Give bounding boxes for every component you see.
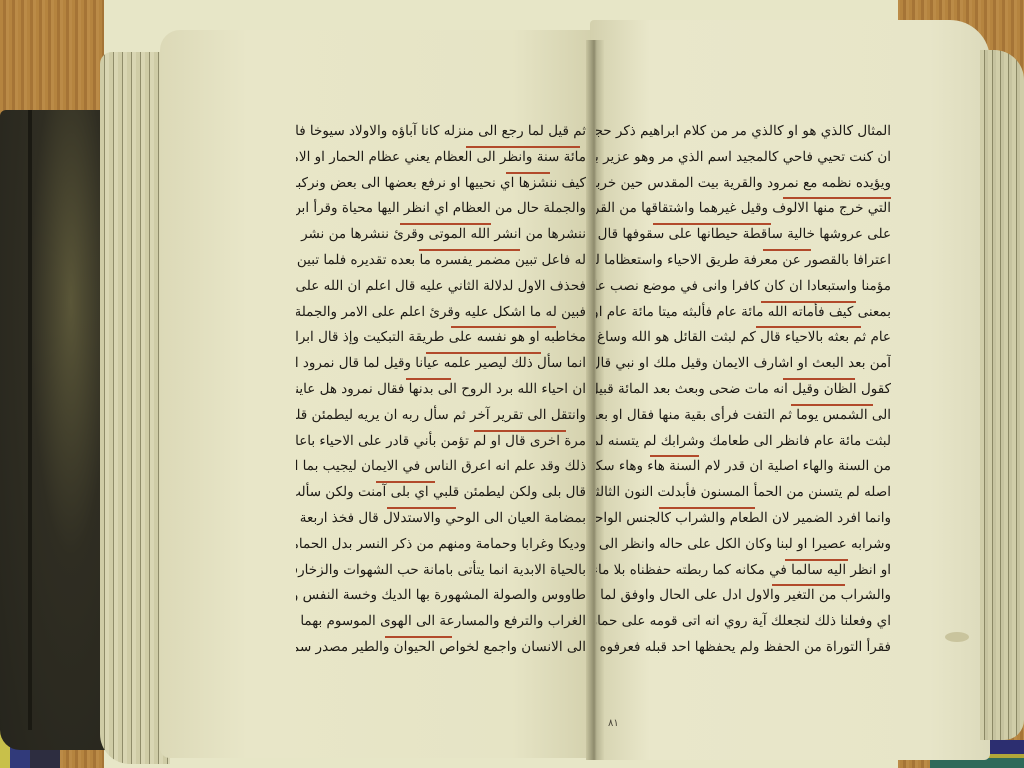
- manuscript-line: وانتقل الى تقرير آخر ثم سأل ربه ان يريه …: [296, 403, 586, 429]
- red-rubrication-overline: [400, 223, 491, 225]
- red-rubrication-overline: [650, 455, 699, 457]
- manuscript-line: وديكا وغرابا وحمامة ومنهم من ذكر النسر ب…: [296, 532, 586, 558]
- right-page-text: المثال كالذي هو او كالذي مر من كلام ابرا…: [596, 119, 891, 661]
- manuscript-line: والشراب من التغير والاول ادل على الحال و…: [596, 583, 891, 609]
- left-page-text: ثم قيل لما رجع الى منزله كانا آباؤه والا…: [296, 119, 586, 661]
- red-rubrication-overline: [772, 584, 845, 586]
- red-rubrication-overline: [376, 481, 435, 483]
- manuscript-line: اعترافا بالقصور عن معرفة طريق الاحياء وا…: [596, 248, 891, 274]
- manuscript-line: المثال كالذي هو او كالذي مر من كلام ابرا…: [596, 119, 891, 145]
- manuscript-line: من السنة والهاء اصلية ان قدر لام السنة ه…: [596, 454, 891, 480]
- red-rubrication-overline: [426, 352, 541, 354]
- manuscript-line: ننشرها من انشر الله الموتى وقرئ ننشرها م…: [296, 222, 586, 248]
- manuscript-line: وانما افرد الضمير لان الطعام والشراب كال…: [596, 506, 891, 532]
- paper-stain: [945, 632, 969, 642]
- red-rubrication-overline: [419, 249, 520, 251]
- manuscript-line: مؤمنا واستبعادا ان كان كافرا وانى في موض…: [596, 274, 891, 300]
- manuscript-line: لبثت مائة عام فانظر الى طعامك وشرابك لم …: [596, 429, 891, 455]
- folio-mark: ٨١: [608, 718, 619, 729]
- manuscript-line: له فاعل تبين مضمر يفسره ما بعده تقديره ف…: [296, 248, 586, 274]
- manuscript-line: طاووس والصولة المشهورة بها الديك وخسة ال…: [296, 583, 586, 609]
- red-rubrication-overline: [466, 146, 580, 148]
- manuscript-line: على عروشها خالية ساقطة حيطانها على سقوفه…: [596, 222, 891, 248]
- red-rubrication-overline: [783, 378, 855, 380]
- manuscript-line: آمن بعد البعث او اشارف الايمان وقيل ملك …: [596, 351, 891, 377]
- manuscript-line: قال بلى ولكن ليطمئن قلبي اي بلى آمنت ولك…: [296, 480, 586, 506]
- manuscript-line: مخاطبه او هو نفسه على طريقة التبكيت وإذ …: [296, 325, 586, 351]
- red-rubrication-overline: [653, 223, 771, 225]
- cover-spine: [28, 110, 32, 730]
- manuscript-line: كقول الظان وقيل انه مات ضحى وبعث بعد الم…: [596, 377, 891, 403]
- red-rubrication-overline: [783, 197, 891, 199]
- manuscript-line: ان احياء الله برد الروح الى بدنها فقال ن…: [296, 377, 586, 403]
- red-rubrication-overline: [387, 507, 456, 509]
- manuscript-line: بمضامة العيان الى الوحي والاستدلال قال ف…: [296, 506, 586, 532]
- manuscript-line: مائة سنة وانظر الى العظام يعني عظام الحم…: [296, 145, 586, 171]
- red-rubrication-overline: [761, 301, 856, 303]
- manuscript-line: بمعنى كيف فأماته الله مائة عام فألبثه مي…: [596, 300, 891, 326]
- manuscript-line: بالحياة الابدية انما يتأتى بامانة حب الش…: [296, 558, 586, 584]
- red-rubrication-overline: [791, 404, 873, 406]
- red-rubrication-overline: [385, 636, 452, 638]
- page-edges-right: [980, 50, 1024, 740]
- manuscript-line: الى الشمس يوما ثم التفت فرأى بقية منها ف…: [596, 403, 891, 429]
- manuscript-line: كيف ننشزها اي نحييها او نرفع بعضها الى ب…: [296, 171, 586, 197]
- red-rubrication-overline: [406, 378, 451, 380]
- manuscript-line: ويؤيده نظمه مع نمرود والقرية بيت المقدس …: [596, 171, 891, 197]
- manuscript-line: عام ثم بعثه بالاحياء قال كم لبثت القائل …: [596, 325, 891, 351]
- red-rubrication-overline: [659, 507, 755, 509]
- red-rubrication-overline: [474, 430, 566, 432]
- red-rubrication-overline: [451, 326, 556, 328]
- manuscript-line: ثم قيل لما رجع الى منزله كانا آباؤه والا…: [296, 119, 586, 145]
- manuscript-line: او انظر اليه سالما في مكانه كما ربطته حف…: [596, 558, 891, 584]
- manuscript-line: مرة اخرى قال او لم تؤمن بأني قادر على ال…: [296, 429, 586, 455]
- manuscript-line: وشرابه عصيرا او لبنا وكان الكل على حاله …: [596, 532, 891, 558]
- manuscript-line: فبين له ما اشكل عليه وقرئ اعلم على الامر…: [296, 300, 586, 326]
- manuscript-line: الى الانسان واجمع لخواص الحيوان والطير م…: [296, 635, 586, 661]
- manuscript-line: اصله لم يتسنن من الحمأ المسنون فأبدلت ال…: [596, 480, 891, 506]
- red-rubrication-overline: [785, 559, 848, 561]
- manuscript-line: انما سأل ذلك ليصير علمه عيانا وقيل لما ق…: [296, 351, 586, 377]
- manuscript-line: التي خرج منها الالوف وقيل غيرهما واشتقاق…: [596, 196, 891, 222]
- manuscript-line: اي وفعلنا ذلك لنجعلك آية روي انه اتى قوم…: [596, 609, 891, 635]
- manuscript-line: فقرأ التوراة من الحفظ ولم يحفظها احد قبل…: [596, 635, 891, 661]
- red-rubrication-overline: [506, 172, 550, 174]
- manuscript-line: ان كنت تحيي فاحي كالمجيد اسم الذي مر وهو…: [596, 145, 891, 171]
- red-rubrication-overline: [756, 326, 861, 328]
- manuscript-line: فحذف الاول لدلالة الثاني عليه قال اعلم ا…: [296, 274, 586, 300]
- manuscript-line: الغراب والترفع والمسارعة الى الهوى الموس…: [296, 609, 586, 635]
- manuscript-line: ذلك وقد علم انه اعرق الناس في الايمان لي…: [296, 454, 586, 480]
- red-rubrication-overline: [763, 249, 811, 251]
- manuscript-line: والجملة حال من العظام اي انظر اليها محيا…: [296, 196, 586, 222]
